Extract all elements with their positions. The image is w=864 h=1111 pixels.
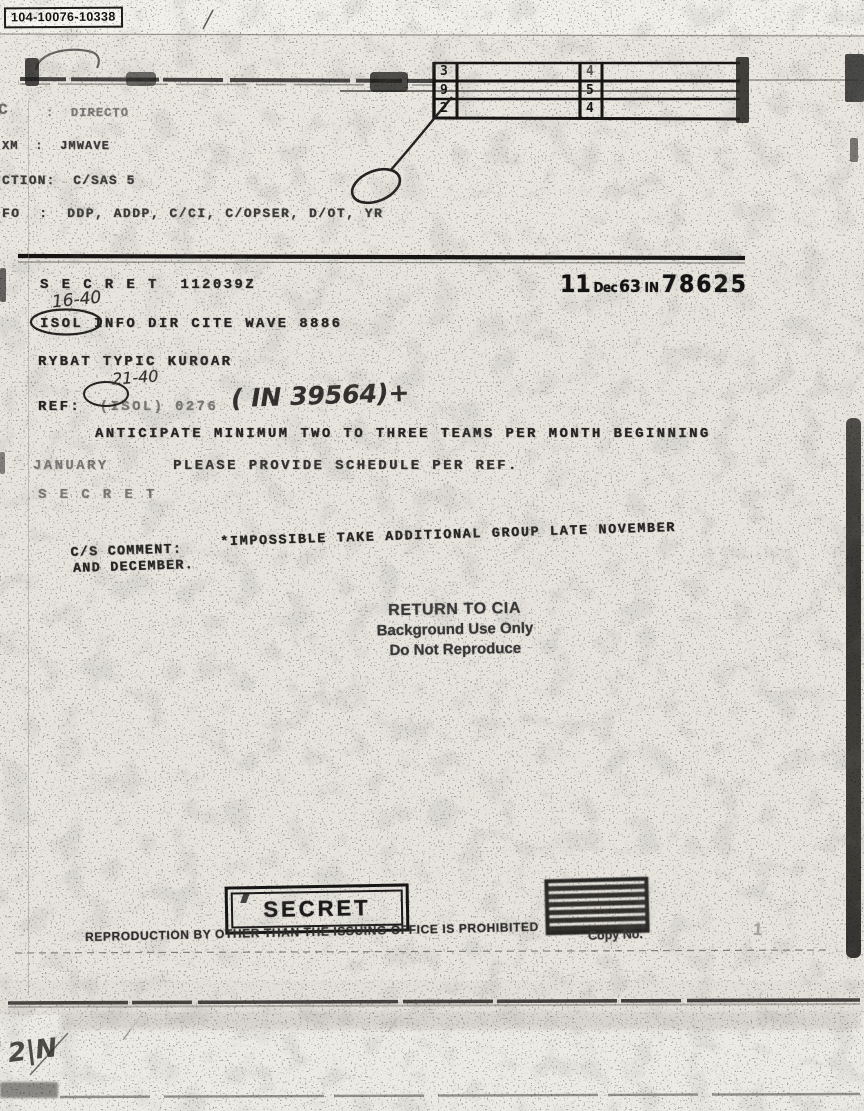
edge-ink-mark	[0, 268, 6, 302]
slug-rest: INFO DIR CITE WAVE 8886	[83, 316, 342, 332]
received-date-stamp: 11 Dec 63 IN 78625	[560, 270, 748, 298]
scan-gray-band	[60, 1012, 860, 1030]
routing-action-line: CTION: C/SAS 5	[2, 173, 136, 188]
ink-blob	[25, 58, 39, 86]
routing-info-line: FO : DDP, ADDP, C/CI, C/OPSER, D/OT, YR	[2, 206, 383, 221]
left-margin-line	[28, 100, 29, 995]
slug-line: ISOL INFO DIR CITE WAVE 8886	[40, 314, 342, 332]
return-to-cia-stamp: RETURN TO CIA Background Use Only Do Not…	[349, 598, 560, 662]
received-month: Dec	[593, 281, 617, 296]
ref-indicator: (ISOL)	[100, 399, 165, 415]
ref-handwritten: ( IN 39564)+	[230, 378, 409, 413]
routing-from-line: XM : JMWAVE	[2, 139, 110, 153]
paragraph-2-start: JANUARY	[33, 458, 109, 474]
edge-ink-mark	[0, 452, 5, 474]
routing-table-cell: 3	[440, 64, 448, 79]
paragraph-2: JANUARY PLEASE PROVIDE SCHEDULE PER REF.	[33, 456, 519, 474]
secret-stamp-label: SECRET	[263, 895, 371, 923]
cropped-edge-char: C	[0, 101, 9, 119]
slug-indicator: ISOL	[40, 316, 83, 332]
reference-line: REF: (ISOL) 0276 ( IN 39564)+	[38, 387, 409, 416]
routing-table-cell: 9	[440, 83, 448, 98]
dashed-rule	[15, 950, 828, 953]
received-year: 63	[619, 277, 641, 297]
handwritten-initials: 2|N	[6, 1033, 59, 1069]
received-in-label: IN	[645, 281, 659, 296]
corner-ink-blob	[845, 54, 864, 102]
received-number: 78625	[662, 270, 748, 298]
routing-table-cell: 5	[586, 83, 594, 98]
received-day: 11	[560, 270, 591, 298]
closing-classification: S E C R E T	[38, 487, 157, 503]
routing-table-cell: 2	[440, 101, 448, 116]
routing-table-cell: 4	[586, 64, 594, 79]
ref-number: 0276	[175, 399, 218, 415]
routing-table-cell: 4	[586, 101, 594, 116]
edge-ink-mark	[0, 1082, 58, 1098]
paragraph-1: ANTICIPATE MINIMUM TWO TO THREE TEAMS PE…	[95, 426, 711, 442]
handwritten-note-21-40: 21-40	[111, 366, 159, 388]
copy-number-value: 1	[752, 920, 763, 941]
copy-number-label: Copy No.	[588, 927, 643, 943]
right-edge-scan-band	[846, 418, 861, 958]
ref-label: REF:	[38, 399, 81, 415]
paragraph-2-rest: PLEASE PROVIDE SCHEDULE PER REF.	[173, 458, 519, 474]
edge-ink-mark	[850, 138, 858, 162]
smudged-loop-mark	[36, 50, 99, 70]
return-stamp-line2: Background Use Only	[350, 618, 560, 642]
scanned-document-page: 104-10076-10338	[0, 0, 864, 1111]
pen-annotation	[347, 97, 452, 209]
return-stamp-line3: Do Not Reproduce	[350, 638, 560, 662]
routing-to-line: : DIRECTO	[46, 106, 129, 120]
pen-slash-mark	[203, 10, 213, 29]
